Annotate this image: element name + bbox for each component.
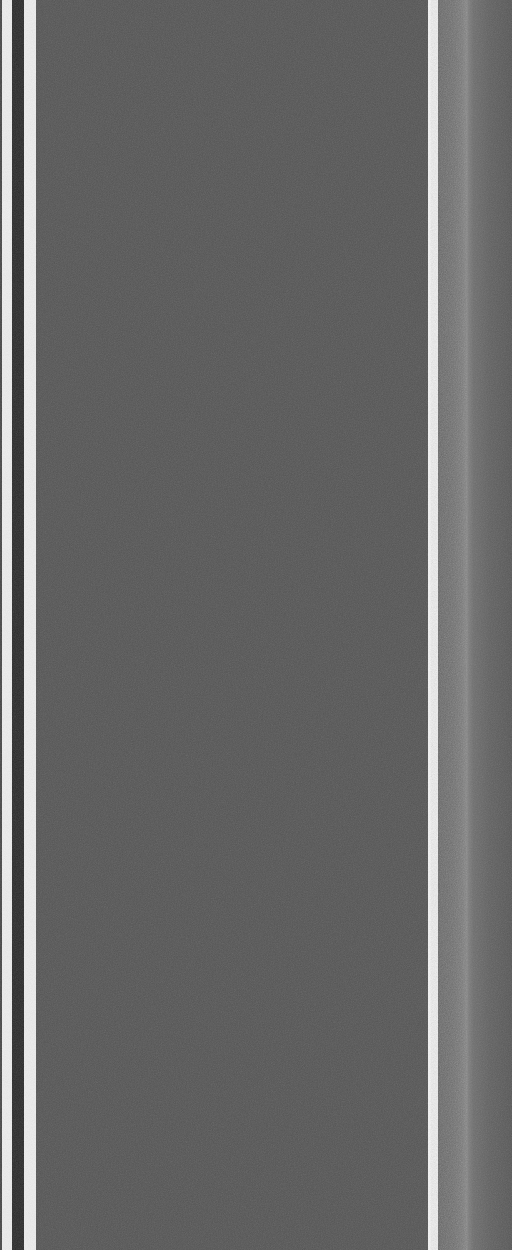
road-aerial-image [0,0,512,1250]
asphalt-texture [0,0,512,1250]
